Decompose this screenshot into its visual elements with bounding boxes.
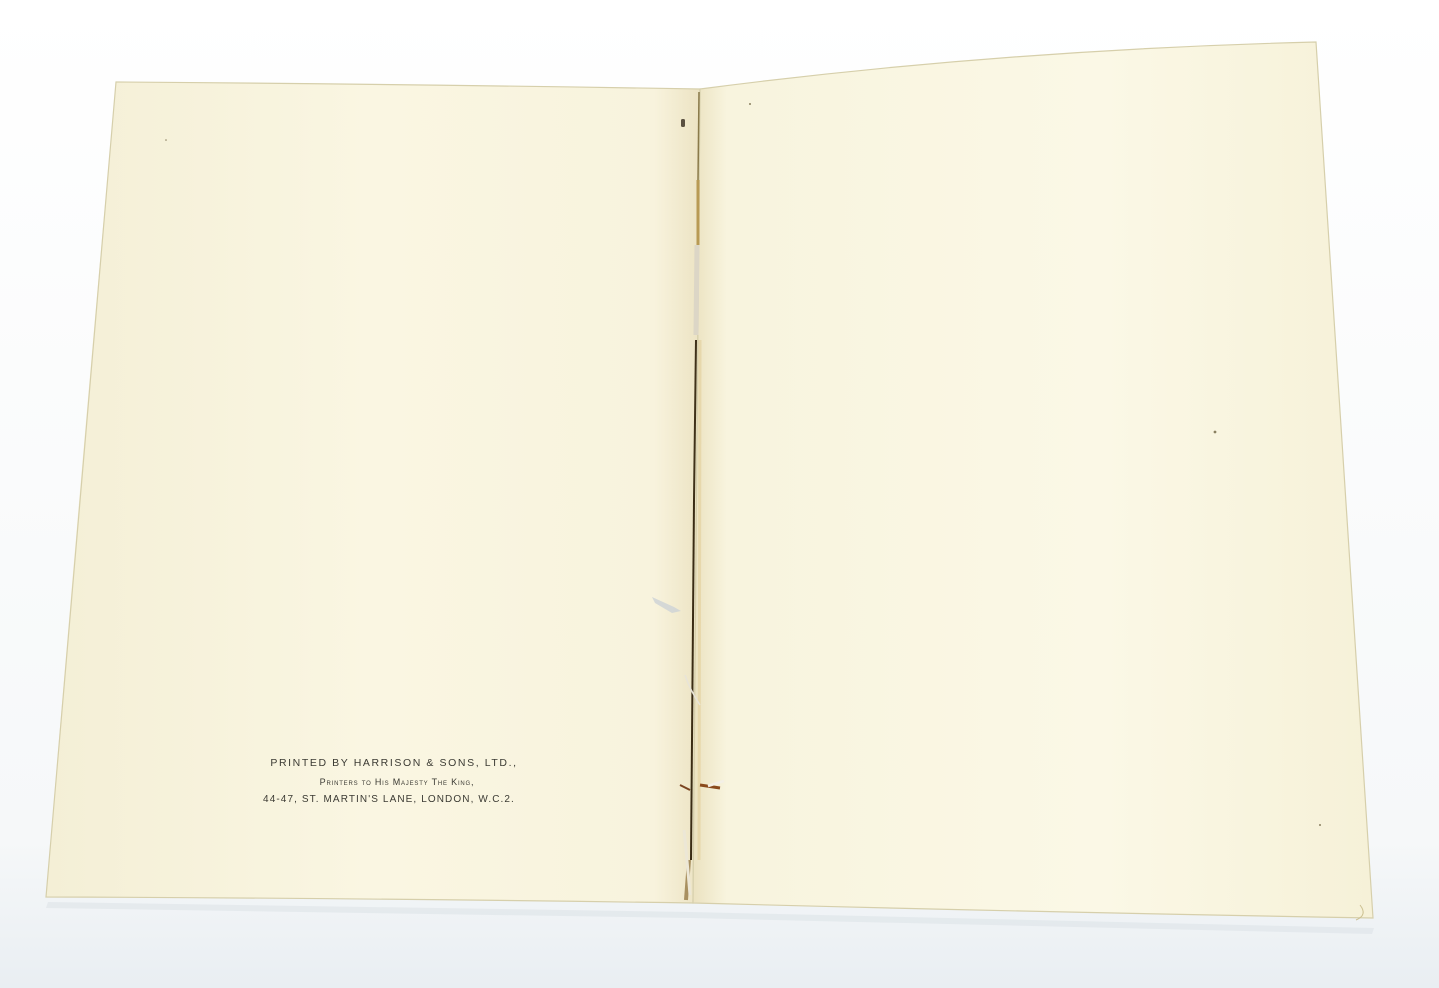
book-photo xyxy=(0,0,1439,988)
right-page xyxy=(693,42,1373,918)
printer-imprint: PRINTED BY HARRISON & SONS, LTD., Printe… xyxy=(236,758,546,805)
imprint-line-address: 44-47, ST. MARTIN'S LANE, LONDON, W.C.2. xyxy=(232,795,546,805)
imprint-line-royal-warrant: Printers to His Majesty The King, xyxy=(248,778,546,787)
imprint-line-printer: PRINTED BY HARRISON & SONS, LTD., xyxy=(242,758,546,769)
